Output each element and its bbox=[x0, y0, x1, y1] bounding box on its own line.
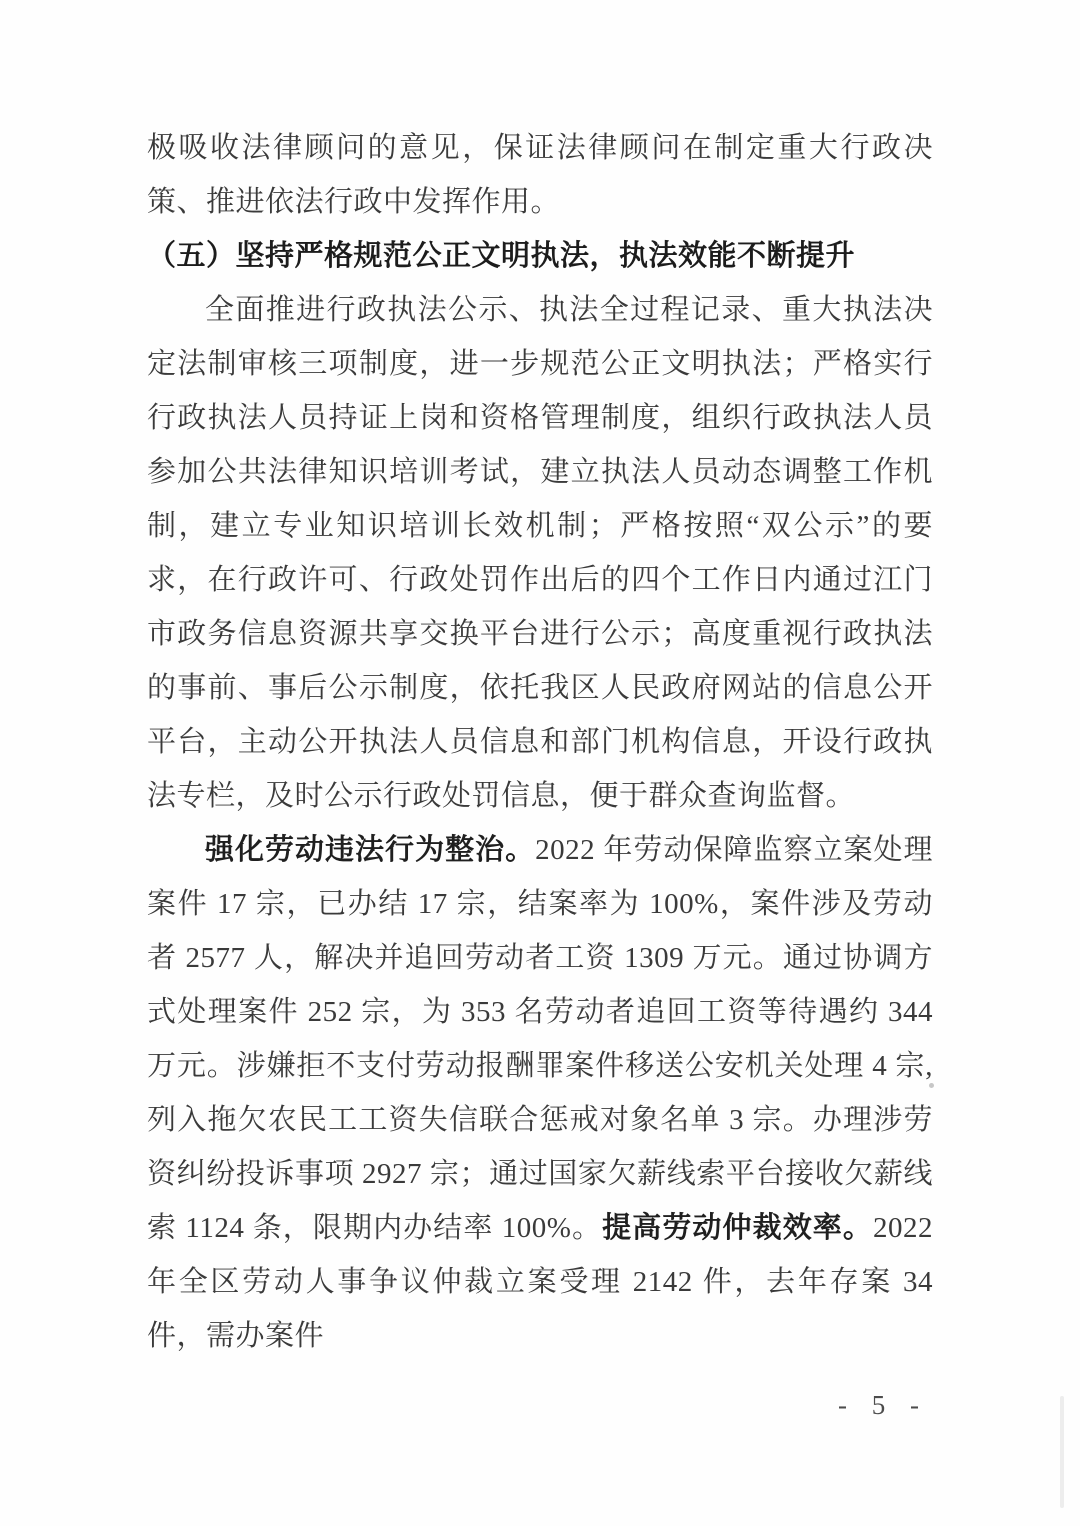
document-page: 极吸收法律顾问的意见，保证法律顾问在制定重大行政决策、推进依法行政中发挥作用。 … bbox=[0, 0, 1080, 1526]
section-heading: （五）坚持严格规范公正文明执法，执法效能不断提升 bbox=[147, 229, 933, 283]
paragraph-continuation: 极吸收法律顾问的意见，保证法律顾问在制定重大行政决策、推进依法行政中发挥作用。 bbox=[147, 121, 933, 229]
paragraph-enforcement: 全面推进行政执法公示、执法全过程记录、重大执法决定法制审核三项制度，进一步规范公… bbox=[147, 283, 933, 823]
bold-labor-remediation-lead: 强化劳动违法行为整治。 bbox=[205, 834, 535, 866]
scan-speck bbox=[929, 1083, 934, 1088]
bold-arbitration-efficiency-lead: 提高劳动仲裁效率。 bbox=[602, 1212, 873, 1244]
paragraph-labor: 强化劳动违法行为整治。2022 年劳动保障监察立案处理案件 17 宗，已办结 1… bbox=[147, 823, 933, 1363]
labor-paragraph-text-1: 2022 年劳动保障监察立案处理案件 17 宗，已办结 17 宗，结案率为 10… bbox=[147, 834, 933, 1244]
document-body: 极吸收法律顾问的意见，保证法律顾问在制定重大行政决策、推进依法行政中发挥作用。 … bbox=[147, 121, 933, 1363]
scan-edge-artifact bbox=[1060, 1396, 1064, 1508]
page-number: - 5 - bbox=[838, 1390, 928, 1421]
